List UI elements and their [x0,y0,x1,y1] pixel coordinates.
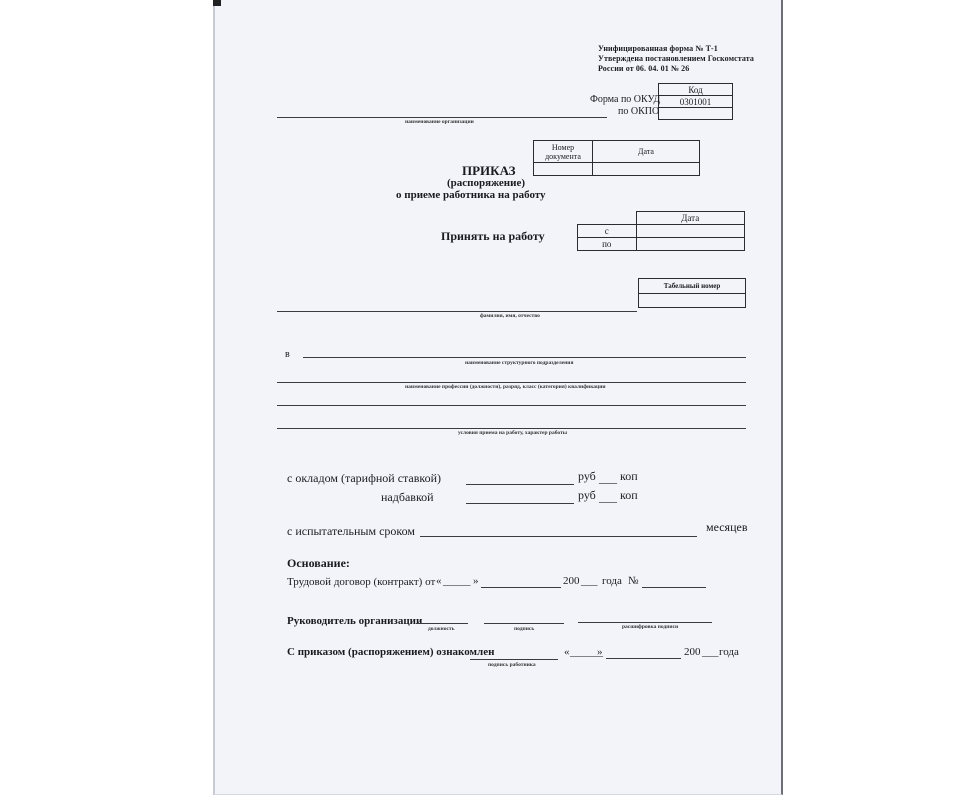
contract-number-label: № [628,575,639,587]
head-signature-field[interactable] [484,623,564,624]
ack-open-quote: « [564,646,570,658]
tab-number-value[interactable] [639,294,746,308]
contract-year-field[interactable]: ___ [581,575,598,587]
okpo-value[interactable] [659,108,733,120]
head-position-caption: должность [428,626,455,632]
probation-field[interactable] [420,536,697,537]
ack-year-suffix: года [719,646,739,658]
bonus-rub-field[interactable] [466,503,574,504]
order-subtitle: (распоряжение) [447,177,525,189]
in-label: в [285,349,290,360]
bonus-label: надбавкой [381,490,434,505]
head-decode-caption: расшифровка подписи [622,624,678,630]
employee-signature-field[interactable] [470,659,558,660]
doc-number-value[interactable] [534,163,593,176]
order-subject: о приеме работника на работу [396,189,546,201]
ack-close-quote: » [597,646,603,658]
contract-label: Трудовой договор (контракт) от [287,576,435,588]
tab-number-table: Табельный номер [638,278,746,308]
hire-table-blank [578,212,637,225]
position-field[interactable] [277,382,746,383]
contract-open-quote: « [436,575,442,587]
okud-label: Форма по ОКУД [590,94,660,105]
page-shadow-corner [213,0,221,6]
organization-field[interactable] [277,117,607,118]
form-header-line-1: Унифицированная форма № Т-1 [598,44,718,54]
doc-number-header: Номер документа [534,141,593,163]
hire-to-label: по [578,238,637,251]
bonus-kop-field[interactable]: ___ [599,490,617,505]
doc-date-header: Дата [593,141,700,163]
employee-name-caption: фамилия, имя, отчество [480,313,540,319]
contract-month-field[interactable] [481,587,561,588]
contract-year-suffix: года [602,575,622,587]
doc-date-value[interactable] [593,163,700,176]
contract-day-field[interactable]: _____ [443,575,471,587]
head-decode-field[interactable] [578,622,712,623]
contract-number-field[interactable] [642,587,706,588]
contract-close-quote: » [473,575,479,587]
conditions-field-2[interactable] [277,428,746,429]
hire-label: Принять на работу [441,229,545,244]
okud-value[interactable]: 0301001 [659,96,733,108]
ack-month-field[interactable] [606,658,681,659]
base-salary-label: с окладом (тарифной ставкой) [287,471,441,486]
base-kop-field[interactable]: ___ [599,471,617,486]
ack-year-prefix: 200 [684,646,701,658]
employee-name-field[interactable] [277,311,637,312]
hire-from-value[interactable] [636,225,745,238]
conditions-field-1[interactable] [277,405,746,406]
okpo-label: по ОКПО [618,106,659,117]
acknowledgement-label: С приказом (распоряжением) ознакомлен [287,646,494,658]
conditions-caption: условия приема на работу, характер работ… [458,430,567,436]
department-caption: наименование структурного подразделения [465,360,573,366]
hire-to-value[interactable] [636,238,745,251]
hire-from-label: с [578,225,637,238]
employee-signature-caption: подпись работника [488,662,536,668]
base-kop-label: коп [620,469,638,484]
probation-label: с испытательным сроком [287,524,415,539]
base-rub-label: руб [578,469,596,484]
organization-caption: наименование организации [405,119,474,125]
department-field[interactable] [303,357,746,358]
ack-year-field[interactable]: ___ [702,646,719,658]
codes-table: Код 0301001 [658,83,733,120]
contract-year-prefix: 200 [563,575,580,587]
tab-number-header: Табельный номер [639,279,746,294]
hire-date-header: Дата [636,212,745,225]
base-salary-rub-field[interactable] [466,484,574,485]
probation-unit: месяцев [706,520,747,535]
doc-number-table: Номер документа Дата [533,140,700,176]
form-header-line-2: Утверждена постановлением Госкомстата [598,54,754,64]
head-signature-caption: подпись [514,626,534,632]
code-header: Код [659,84,733,96]
basis-heading: Основание: [287,556,350,571]
form-header-line-3: России от 06. 04. 01 № 26 [598,64,689,74]
bonus-rub-label: руб [578,488,596,503]
position-caption: наименование профессии (должности), разр… [405,384,606,390]
bonus-kop-label: коп [620,488,638,503]
hire-dates-table: Дата с по [577,211,745,251]
head-label: Руководитель организации [287,615,422,627]
head-position-field[interactable] [416,623,468,624]
